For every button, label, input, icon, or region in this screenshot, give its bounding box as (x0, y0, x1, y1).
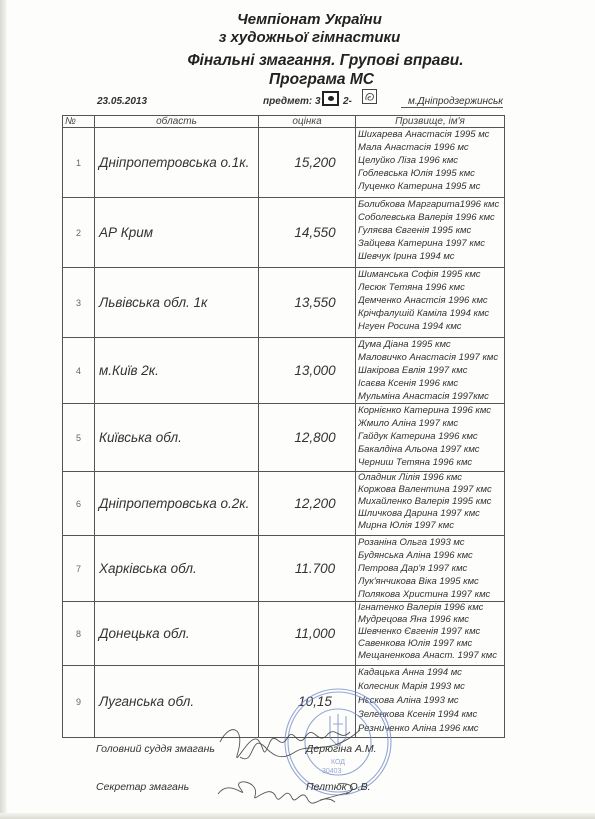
row-region: Київська обл. (95, 404, 259, 472)
row-athletes: Ігнатенко Валерія 1996 кмсМудрецова Яна … (356, 602, 505, 666)
row-region: Дніпропетровська о.2к. (95, 472, 259, 536)
table-row: 2АР Крим14,550Болибкова Маргарита1996 км… (63, 198, 505, 268)
row-number: 4 (63, 338, 95, 404)
athlete-name: Лесюк Тетяна 1996 кмс (358, 281, 504, 294)
results-table: № область оцінка Призвище, ім'я 1Дніпроп… (62, 115, 505, 738)
secretary-name: Пелтюк О.В. (306, 781, 371, 793)
row-region: Донецька обл. (95, 602, 259, 666)
athlete-name: Полякова Христина 1997 кмс (358, 588, 504, 601)
athlete-name: Оладник Лілія 1996 кмс (358, 472, 504, 484)
chief-judge-name: Дерюгіна А.М. (306, 743, 377, 755)
document-subtitle-line-2: Програма МС (24, 71, 595, 89)
header-number: № (63, 116, 95, 128)
athlete-name: Михайленко Валерія 1995 кмс (358, 496, 504, 508)
athlete-name: Соболевська Валерія 1996 кмс (358, 211, 504, 224)
table-header-row: № область оцінка Призвище, ім'я (63, 116, 505, 128)
athlete-name: Болибкова Маргарита1996 кмс (358, 198, 504, 211)
athlete-name: Будянська Аліна 1996 кмс (358, 549, 504, 562)
subject-label: предмет: 3 (263, 96, 321, 107)
athlete-name: Маловичко Анастасія 1997 кмс (358, 351, 504, 364)
row-score: 11,000 (259, 602, 356, 666)
row-region: Дніпропетровська о.1к. (95, 128, 259, 198)
table-row: 8Донецька обл.11,000Ігнатенко Валерія 19… (63, 602, 505, 666)
athlete-name: Шевчук Ірина 1994 мс (358, 250, 504, 263)
row-number: 3 (63, 268, 95, 338)
athlete-name: Гоблевська Юлія 1995 кмс (358, 167, 504, 180)
athlete-name: Коржова Валентина 1997 кмс (358, 484, 504, 496)
row-score: 15,200 (259, 128, 356, 198)
table-row: 7Харківська обл.11.700Розаніна Ольга 199… (63, 536, 505, 602)
athlete-name: Жмило Аліна 1997 кмс (358, 417, 504, 430)
athlete-name: Шевченко Євгенія 1997 кмс (358, 626, 504, 638)
athlete-name: Мала Анастасія 1996 мс (358, 141, 504, 154)
athlete-name: Гайдук Катерина 1996 кмс (358, 430, 504, 443)
athlete-name: Крічфалушій Каміла 1994 кмс (358, 307, 504, 320)
athlete-name: Мудрецова Яна 1996 кмс (358, 614, 504, 626)
row-score: 13,000 (259, 338, 356, 404)
athlete-name: Ісаєва Ксенія 1996 кмс (358, 377, 504, 390)
row-score: 11.700 (259, 536, 356, 602)
row-region: м.Київ 2к. (95, 338, 259, 404)
row-score: 12,200 (259, 472, 356, 536)
athlete-name: Гуляєва Євгенія 1995 кмс (358, 224, 504, 237)
clubs-icon (362, 89, 377, 104)
athlete-name: Кадацька Анна 1994 мс (358, 666, 504, 680)
athlete-name: Розаніна Ольга 1993 мс (358, 536, 504, 549)
document-title-line-1: Чемпіонат України (12, 11, 595, 28)
row-athletes: Дума Діана 1995 кмсМаловичко Анастасія 1… (356, 338, 505, 404)
scan-bottom-edge (0, 813, 595, 819)
athlete-name: Черниш Тетяна 1996 кмс (358, 456, 504, 469)
athlete-name: Зайцева Катерина 1997 кмс (358, 237, 504, 250)
row-number: 5 (63, 404, 95, 472)
athlete-name: Луценко Катерина 1995 мс (358, 180, 504, 193)
secretary-label: Секретар змагань (96, 781, 189, 793)
document-subtitle-line-1: Фінальні змагання. Групові вправи. (28, 52, 595, 70)
scan-edge-shadow (0, 0, 7, 819)
row-number: 7 (63, 536, 95, 602)
row-athletes: Болибкова Маргарита1996 кмсСоболевська В… (356, 198, 505, 268)
athlete-name: Мирна Юлія 1997 кмс (358, 520, 504, 532)
athlete-name: Шличкова Дарина 1997 кмс (358, 508, 504, 520)
athlete-name: Петрова Дар'я 1997 кмс (358, 562, 504, 575)
row-athletes: Корнієнко Катерина 1996 кмсЖмило Аліна 1… (356, 404, 505, 472)
table-row: 6Дніпропетровська о.2к.12,200Оладник Ліл… (63, 472, 505, 536)
athlete-name: Мещаненкова Анаст. 1997 кмс (358, 650, 504, 662)
athlete-name: Савенкова Юлія 1997 кмс (358, 638, 504, 650)
athlete-name: Шихарева Анастасія 1995 мс (358, 128, 504, 141)
competition-date: 23.05.2013 (97, 96, 147, 107)
row-region: АР Крим (95, 198, 259, 268)
athlete-name: Шакірова Евлія 1997 кмс (358, 364, 504, 377)
header-region: область (95, 116, 259, 128)
athlete-name: Корнієнко Катерина 1996 кмс (358, 404, 504, 417)
row-number: 9 (63, 666, 95, 738)
row-number: 2 (63, 198, 95, 268)
subject-suffix: 2- (343, 96, 352, 107)
row-score: 13,550 (259, 268, 356, 338)
signature-scribble (210, 722, 380, 812)
row-athletes: Шиманська Софія 1995 кмсЛесюк Тетяна 199… (356, 268, 505, 338)
document-title-line-2: з художньої гімнастики (12, 29, 595, 46)
row-score: 14,550 (259, 198, 356, 268)
competition-city: м.Дніпродзержинськ (401, 96, 503, 108)
chief-judge-label: Головний суддя змагань (96, 743, 215, 755)
row-number: 8 (63, 602, 95, 666)
row-number: 6 (63, 472, 95, 536)
athlete-name: Лук'янчикова Віка 1995 кмс (358, 575, 504, 588)
row-score: 12,800 (259, 404, 356, 472)
row-region: Львівська обл. 1к (95, 268, 259, 338)
athlete-name: Бакалдіна Альона 1997 кмс (358, 443, 504, 456)
header-score: оцінка (259, 116, 356, 128)
row-region: Харківська обл. (95, 536, 259, 602)
athlete-name: Дума Діана 1995 кмс (358, 338, 504, 351)
table-row: 5Київська обл.12,800Корнієнко Катерина 1… (63, 404, 505, 472)
row-athletes: Розаніна Ольга 1993 мсБудянська Аліна 19… (356, 536, 505, 602)
row-athletes: Оладник Лілія 1996 кмсКоржова Валентина … (356, 472, 505, 536)
row-number: 1 (63, 128, 95, 198)
table-row: 4м.Київ 2к.13,000Дума Діана 1995 кмсМало… (63, 338, 505, 404)
athlete-name: Мульміна Анастасія 1997кмс (358, 390, 504, 403)
header-athletes: Призвище, ім'я (356, 116, 505, 128)
athlete-name: Целуйко Ліза 1996 кмс (358, 154, 504, 167)
athlete-name: Нгуен Росина 1994 кмс (358, 320, 504, 333)
athlete-name: Шиманська Софія 1995 кмс (358, 268, 504, 281)
table-row: 1Дніпропетровська о.1к.15,200Шихарева Ан… (63, 128, 505, 198)
athlete-name: Ігнатенко Валерія 1996 кмс (358, 602, 504, 614)
row-athletes: Шихарева Анастасія 1995 мсМала Анастасія… (356, 128, 505, 198)
ball-icon (322, 91, 339, 106)
table-row: 3Львівська обл. 1к13,550Шиманська Софія … (63, 268, 505, 338)
athlete-name: Демченко Анастсія 1996 кмс (358, 294, 504, 307)
